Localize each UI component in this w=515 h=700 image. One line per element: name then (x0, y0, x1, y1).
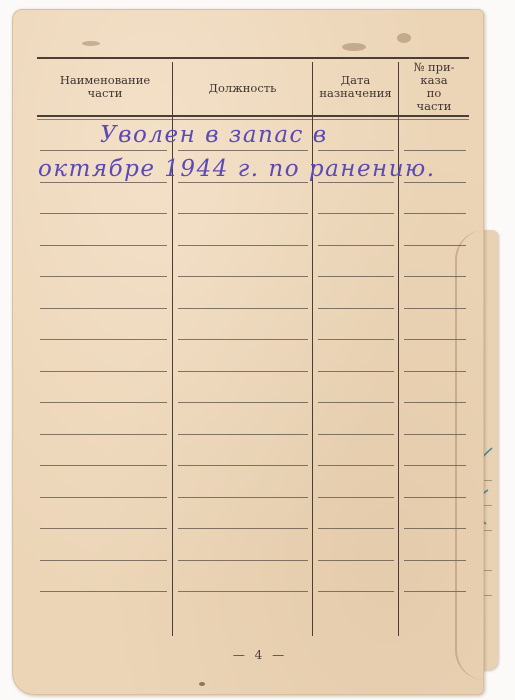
row-rule (318, 213, 394, 214)
column-header-unit-name: Наименование части (40, 74, 170, 100)
row-rule (178, 308, 308, 309)
row-rule (178, 528, 308, 529)
row-rule (404, 276, 466, 277)
row-rule (318, 182, 394, 183)
row-rule (404, 245, 466, 246)
row-rule (404, 528, 466, 529)
column-divider (172, 62, 173, 636)
row-rule (178, 402, 308, 403)
row-rule (40, 245, 167, 246)
header-text: Должность (175, 82, 310, 95)
row-rule (404, 371, 466, 372)
row-rule (178, 245, 308, 246)
row-rule (318, 528, 394, 529)
paper-stain (397, 33, 411, 43)
header-bottom-rule-second (37, 119, 469, 120)
row-rule (404, 560, 466, 561)
paper-stain (199, 682, 205, 686)
row-rule (178, 497, 308, 498)
row-rule (40, 339, 167, 340)
row-rule (40, 497, 167, 498)
row-rule (178, 150, 308, 151)
row-rule (318, 371, 394, 372)
row-rule (318, 402, 394, 403)
row-rule (178, 591, 308, 592)
row-rule (178, 182, 308, 183)
page-number: — 4 — (210, 648, 310, 662)
column-header-order-number: № при- каза по части (400, 61, 468, 113)
row-rule (318, 560, 394, 561)
row-rule (318, 339, 394, 340)
table-top-rule (37, 57, 469, 59)
row-rule (318, 591, 394, 592)
handwritten-entry-line-1: Уволен в запас в (100, 122, 328, 148)
row-rule (404, 308, 466, 309)
row-rule (178, 276, 308, 277)
header-bottom-rule (37, 115, 469, 117)
row-rule (178, 371, 308, 372)
row-rule (318, 245, 394, 246)
column-divider (398, 62, 399, 636)
paper-stain (82, 41, 100, 46)
handwritten-entry-line-2: октябре 1944 г. по ранению. (38, 156, 436, 182)
row-rule (318, 308, 394, 309)
header-text: части (40, 87, 170, 100)
column-header-position: Должность (175, 82, 310, 95)
row-rule (40, 182, 167, 183)
row-rule (40, 591, 167, 592)
row-rule (178, 434, 308, 435)
row-rule (404, 150, 466, 151)
paper-stain (342, 43, 366, 51)
row-rule (40, 371, 167, 372)
row-rule (40, 150, 167, 151)
header-text: назначения (313, 87, 398, 100)
row-rule (318, 276, 394, 277)
row-rule (40, 308, 167, 309)
page-fold-crease (455, 230, 487, 680)
row-rule (318, 434, 394, 435)
row-rule (178, 339, 308, 340)
row-rule (40, 528, 167, 529)
row-rule (40, 465, 167, 466)
row-rule (318, 465, 394, 466)
column-divider (312, 62, 313, 636)
header-text: части (400, 100, 468, 113)
row-rule (404, 182, 466, 183)
row-rule (40, 276, 167, 277)
row-rule (178, 213, 308, 214)
column-header-appointment-date: Дата назначения (313, 74, 398, 100)
row-rule (178, 465, 308, 466)
row-rule (318, 497, 394, 498)
row-rule (318, 150, 394, 151)
row-rule (40, 213, 167, 214)
row-rule (40, 560, 167, 561)
row-rule (404, 591, 466, 592)
row-rule (178, 560, 308, 561)
row-rule (404, 339, 466, 340)
row-rule (404, 465, 466, 466)
row-rule (404, 402, 466, 403)
row-rule (40, 402, 167, 403)
row-rule (40, 434, 167, 435)
row-rule (404, 434, 466, 435)
row-rule (404, 213, 466, 214)
row-rule (404, 497, 466, 498)
